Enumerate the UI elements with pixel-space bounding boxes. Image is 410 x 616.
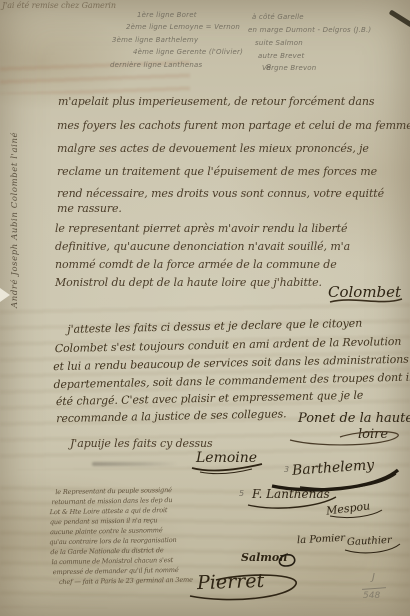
certificate-line: retournant de mission dans les dep du [51, 496, 172, 506]
lot-letter: J [372, 572, 375, 583]
certificate-line: empressé de demander qu'il fut nommé [53, 566, 179, 576]
signature-gauthier: Gauthier [347, 535, 392, 548]
certificate-line: qu'au contraire lors de la reorganisatio… [49, 536, 176, 546]
signature-lanthenas: F. Lanthenas [252, 487, 330, 501]
certificate-line: le Representant du peuple soussigné [55, 486, 172, 496]
certificate-line: de la Garde Nationale du district de [50, 546, 163, 556]
certificate-line: que pendant sa mission il n'a reçu [50, 516, 158, 526]
certificate-line: Lot & Hte Loire atteste a qui de droit [50, 506, 168, 516]
signature-salmon: Salmon [241, 551, 287, 564]
pencil-mark: 5 [239, 489, 244, 498]
certificate-line: aucune plainte contre le susnommé [50, 526, 163, 536]
certificate-line: la commune de Monistrol chacun s'est [51, 556, 173, 566]
manuscript-page: J'ai été remise chez Gamerin André Josep… [0, 0, 410, 616]
signature-pierret: Pierret [197, 570, 265, 594]
lot-number: 548 [363, 591, 380, 601]
certificate-block: le Representant du peuple soussigné reto… [0, 0, 410, 616]
certificate-line: chef — fait a Paris le 23 germinal an 3e… [59, 576, 193, 586]
